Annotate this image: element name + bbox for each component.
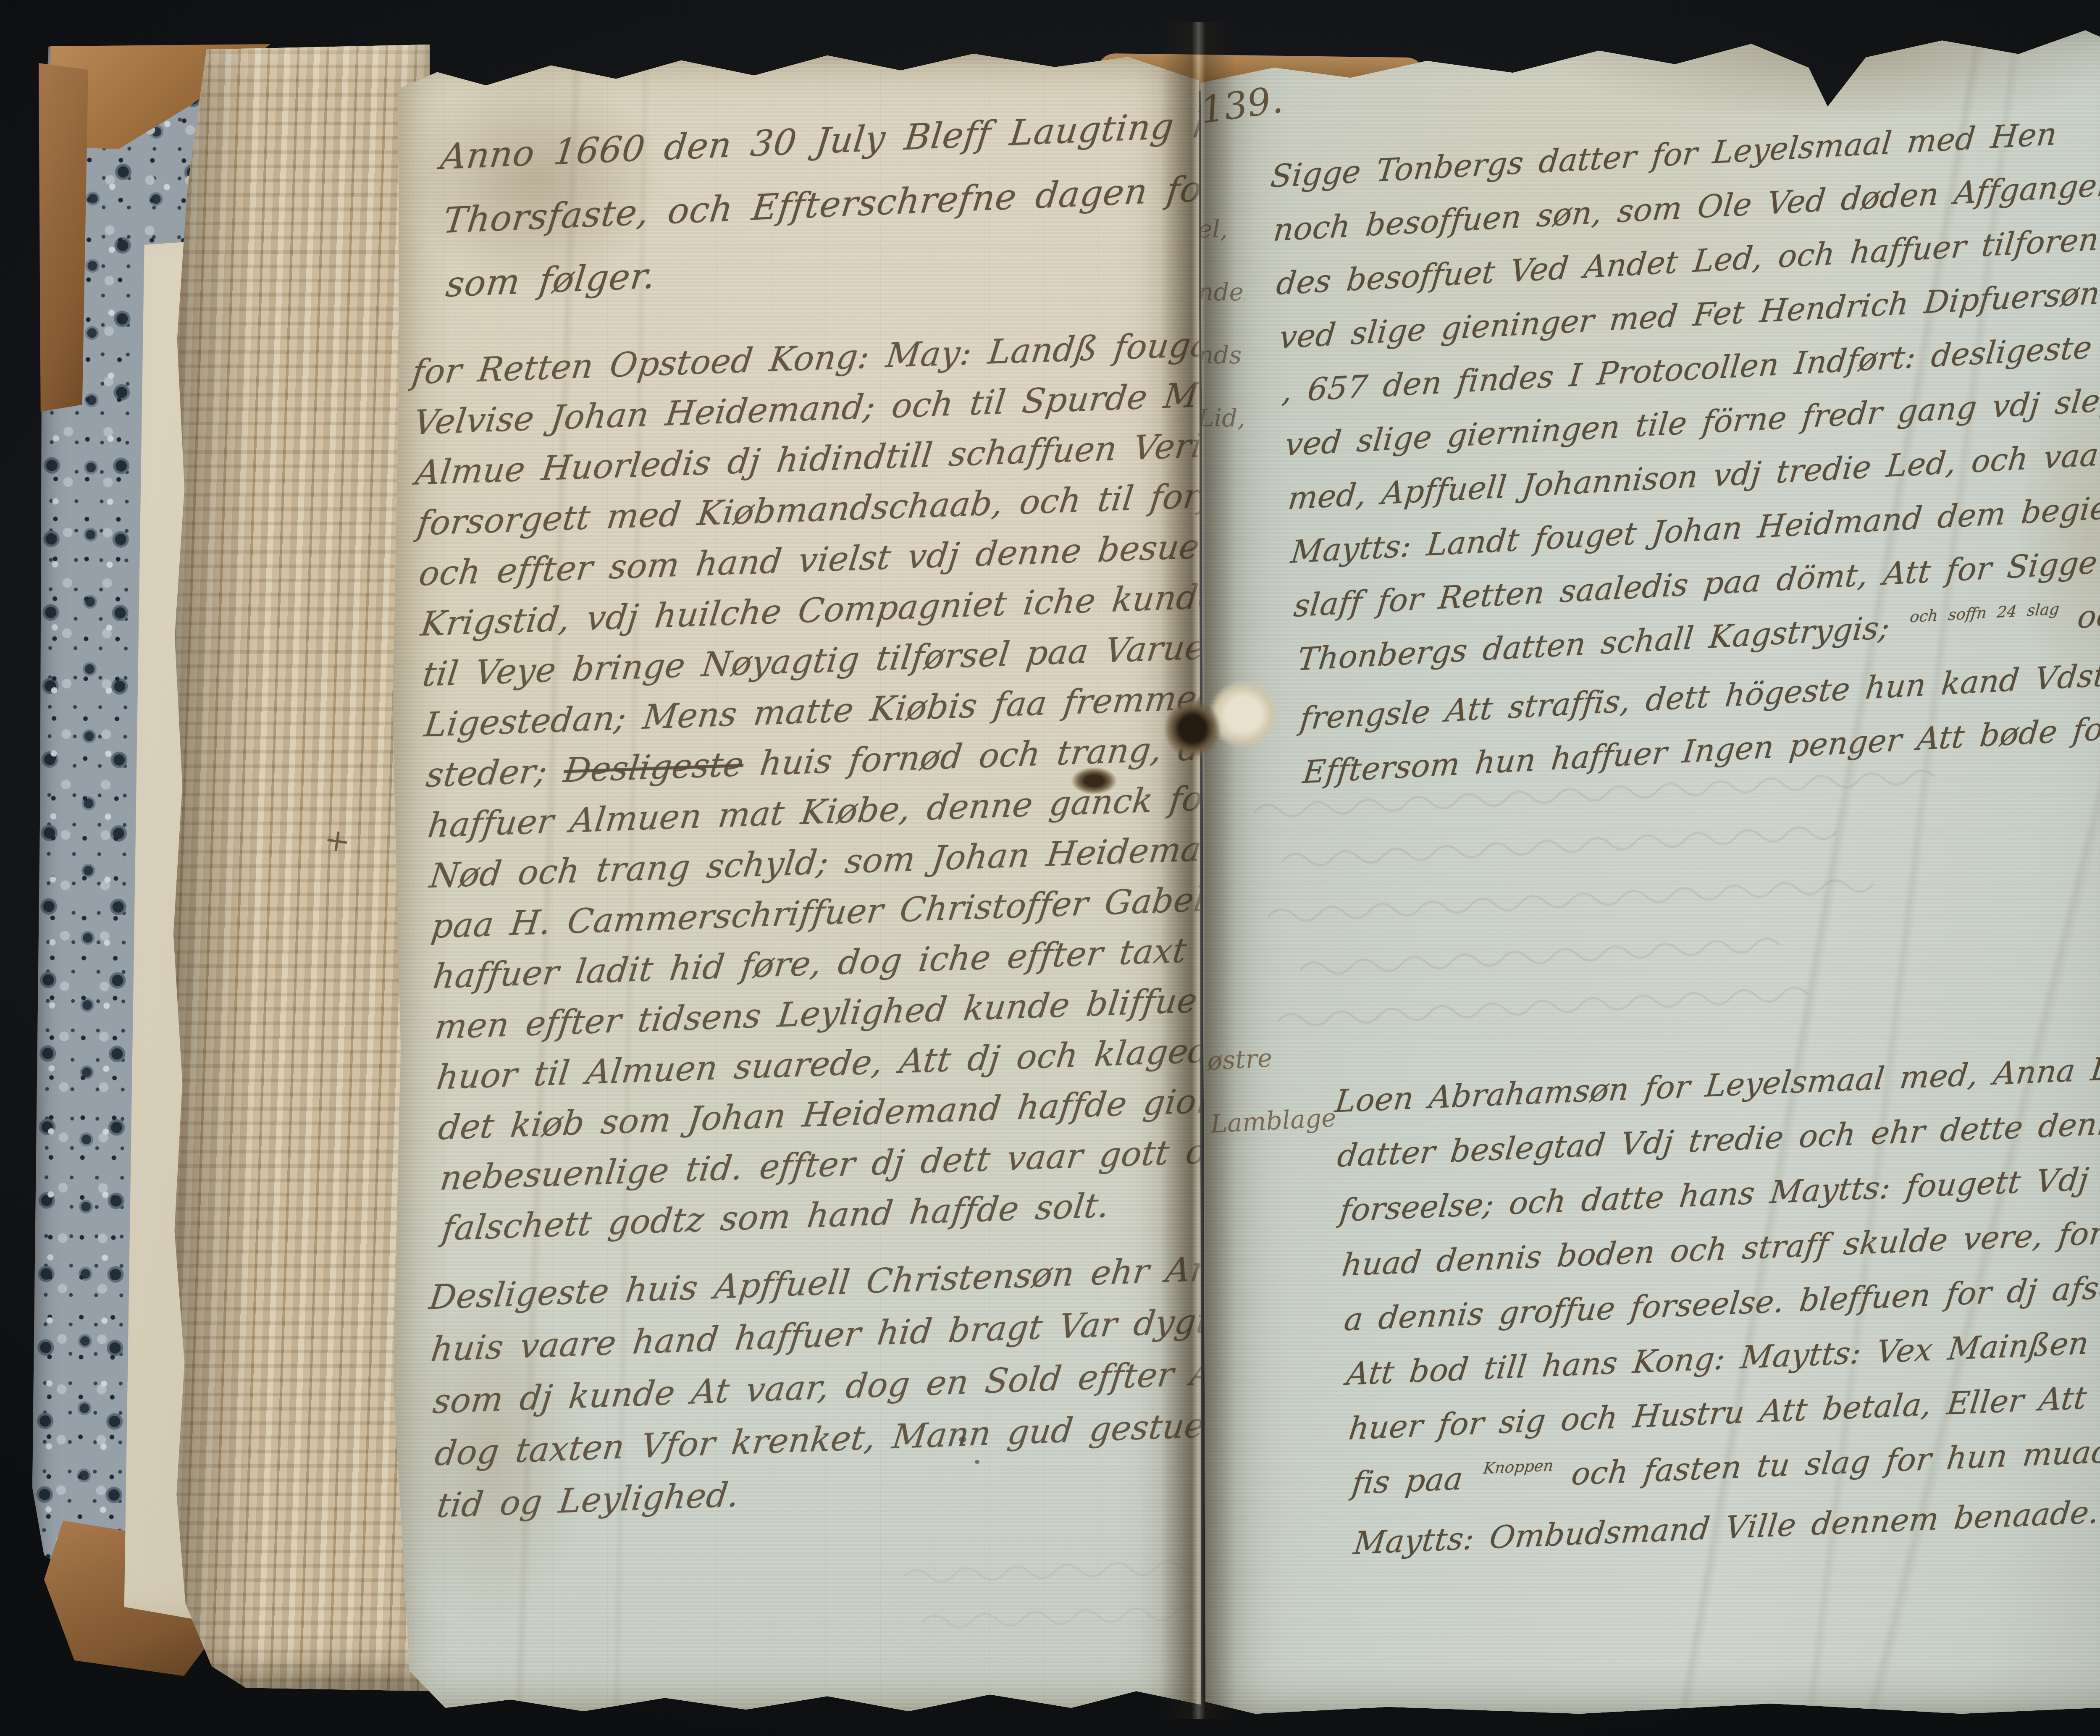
manuscript-line: forseelse; och datte hans Maytts: fouget… xyxy=(1337,1143,2100,1238)
manuscript-line: som dj kunde At vaar, dog en Sold effter… xyxy=(430,1341,1201,1428)
manuscript-line: och effter som hand vielst vdj denne bes… xyxy=(416,515,1201,599)
manuscript-photo: Anno 1660 den 30 July Bleff Laugting hol… xyxy=(0,0,2100,1736)
left-cover-marbled-board xyxy=(31,46,246,1581)
margin-note: østreLamblage xyxy=(1205,1023,1338,1156)
manuscript-line: noch besoffuen søn, som Ole Ved døden Af… xyxy=(1271,148,2100,257)
spine-leather-top xyxy=(1097,53,1425,94)
manuscript-line: Ligestedan; Mens matte Kiøbis faa fremme… xyxy=(422,666,1201,750)
interlinear-insertion: och soffn 24 slag xyxy=(1907,582,2062,644)
manuscript-line: falschett godtz som hand haffde solt. xyxy=(439,1169,1201,1254)
manuscript-line: , 657 den findes I Protocollen Indført: … xyxy=(1280,309,2100,418)
manuscript-line: Thorsfaste, och Effterschrefne dagen for… xyxy=(440,148,1201,252)
manuscript-line: tid og Leylighed. xyxy=(434,1445,1201,1532)
manuscript-line: Desligeste huis Apffuell Christensøn ehr… xyxy=(426,1237,1201,1324)
spine-leather-bottom xyxy=(1020,1606,1060,1680)
manuscript-line: a dennis groffue forseelse. bleffuen for… xyxy=(1341,1253,2100,1347)
manuscript-line: det kiøb som Johan Heidemand haffde gior… xyxy=(436,1069,1201,1153)
manuscript-line: huad dennis boden och straff skulde vere… xyxy=(1339,1198,2100,1293)
manuscript-line: haffuer Almuen mat Kiøbe, denne ganck fo… xyxy=(425,767,1201,851)
manuscript-line: ved slige gierningen tile förne fredr ga… xyxy=(1282,362,2100,472)
ink-blot xyxy=(959,1437,966,1442)
manuscript-line: Thonbergs datten schall Kagstrygis; och … xyxy=(1294,577,2100,692)
paper-stain xyxy=(405,71,666,289)
manuscript-line: Sigge Tonbergs datter for Leyelsmaal med… xyxy=(1268,94,2100,203)
manuscript-paragraph: for Retten Opstoed Kong: May: Landß foug… xyxy=(407,313,1201,1254)
manuscript-line: nebesuenlige tid. effter dj dett vaar go… xyxy=(437,1119,1201,1204)
manuscript-line: Nød och trang schyld; som Johan Heideman… xyxy=(427,817,1201,901)
left-leather-corner-top xyxy=(50,44,277,149)
ink-bleedthrough xyxy=(1250,752,2083,1080)
paper-stain xyxy=(2017,341,2100,719)
manuscript-line: for Retten Opstoed Kong: May: Landß foug… xyxy=(409,313,1201,398)
gutter-fold-shadow xyxy=(1160,22,1236,1719)
manuscript-line: Krigstid, vdj huilche Compagniet iche ku… xyxy=(418,565,1201,649)
margin-cross-mark: + xyxy=(322,821,352,860)
manuscript-paragraph: Sigge Tonbergs datter for Leyelsmaal med… xyxy=(1265,95,2100,799)
manuscript-line: østre xyxy=(1205,1023,1334,1093)
paper-stain xyxy=(388,1284,590,1629)
manuscript-line: til Veye bringe Nøyagtig tilførsel paa V… xyxy=(420,615,1201,700)
manuscript-line: ndel xyxy=(1198,260,1245,323)
manuscript-heading: Anno 1660 den 30 July Bleff Laugting hol… xyxy=(434,85,1201,317)
manuscript-line: Anno 1660 den 30 July Bleff Laugting hol… xyxy=(437,85,1201,189)
left-page-edge-stack xyxy=(167,43,430,1693)
manuscript-line: Lid, xyxy=(1198,386,1245,449)
manuscript-line: som følger. xyxy=(443,212,1201,316)
left-page: Anno 1660 den 30 July Bleff Laugting hol… xyxy=(388,45,1201,1718)
gutter-damage-hole xyxy=(1150,671,1303,770)
manuscript-line: huor til Almuen suarede, Att dj och klag… xyxy=(434,1019,1201,1103)
page-number: 139. xyxy=(1198,78,1285,132)
left-endpaper-sheet xyxy=(94,222,423,1626)
manuscript-line: Loen Abrahamsøn for Leyelsmaal med, Anna… xyxy=(1332,1034,2100,1129)
manuscript-line: paa H. Cammerschriffuer Christoffer Gabe… xyxy=(428,867,1201,952)
manuscript-line: ved slige gieninger med Fet Hendrich Dip… xyxy=(1277,255,2100,365)
struck-word: Desligeste xyxy=(562,744,746,790)
ink-blot xyxy=(975,1460,979,1464)
manuscript-line: frengsle Att straffis, dett högeste hun … xyxy=(1297,636,2100,746)
manuscript-line: Maytts: Ombudsmand Ville dennem benaade. xyxy=(1351,1476,2100,1571)
manuscript-line: Lamblage xyxy=(1209,1086,1338,1156)
manuscript-line: des besoffuet Ved Andet Led, och haffuer… xyxy=(1274,202,2100,311)
interlinear-insertion: Knoppen xyxy=(1480,1438,1557,1496)
manuscript-line: huis vaare hand haffuer hid bragt Var dy… xyxy=(428,1289,1201,1376)
gutter-clipped-words: el,ndelndsLid, xyxy=(1198,197,1245,449)
manuscript-line: haffuer ladit hid føre, dog iche effter … xyxy=(430,918,1201,1002)
manuscript-paragraph: Desligeste huis Apffuell Christensøn ehr… xyxy=(424,1237,1201,1532)
manuscript-line: Velvise Johan Heidemand; och til Spurde … xyxy=(411,364,1201,448)
left-leather-corner-bottom xyxy=(44,1521,233,1676)
manuscript-line: men effter tidsens Leylighed kunde bliff… xyxy=(432,968,1201,1053)
manuscript-line: huer for sig och Hustru Att betala, Elle… xyxy=(1346,1362,2100,1457)
manuscript-line: forsorgett med Kiøbmandschaab, och til f… xyxy=(415,464,1201,549)
ink-bleedthrough xyxy=(899,1538,1201,1686)
left-leather-edge-strip xyxy=(39,63,88,412)
manuscript-line: Almue Huorledis dj hidindtill schaffuen … xyxy=(413,414,1201,499)
manuscript-line: Maytts: Landt fouget Johan Heidmand dem … xyxy=(1288,470,2100,579)
manuscript-line: slaff for Retten saaledis paa dömt, Att … xyxy=(1291,524,2100,633)
manuscript-line: Efftersom hun haffuer Ingen penger Att b… xyxy=(1300,690,2100,799)
paper-damage-blot xyxy=(1071,767,1117,795)
manuscript-line: steder; Desligeste huis fornød och trang… xyxy=(423,716,1201,801)
manuscript-line: fis paa Knoppen och fasten tu slag for h… xyxy=(1348,1416,2100,1516)
manuscript-line: el, xyxy=(1198,197,1245,260)
right-page: 139. el,ndelndsLid, Sigge Tonbergs datte… xyxy=(1198,22,2100,1719)
manuscript-line: datter beslegtad Vdj tredie och ehr dett… xyxy=(1334,1089,2100,1184)
manuscript-paragraph: Loen Abrahamsøn for Leyelsmaal med, Anna… xyxy=(1330,1035,2100,1571)
manuscript-line: med, Apffuell Johannison vdj tredie Led,… xyxy=(1285,416,2100,525)
manuscript-line: nds xyxy=(1198,323,1245,386)
manuscript-line: dog taxten Vfor krenket, Mann gud gestue… xyxy=(432,1393,1201,1480)
manuscript-line: Att bod till hans Kong: Maytts: Vex Main… xyxy=(1344,1307,2100,1402)
paper-stain xyxy=(1555,22,2100,123)
